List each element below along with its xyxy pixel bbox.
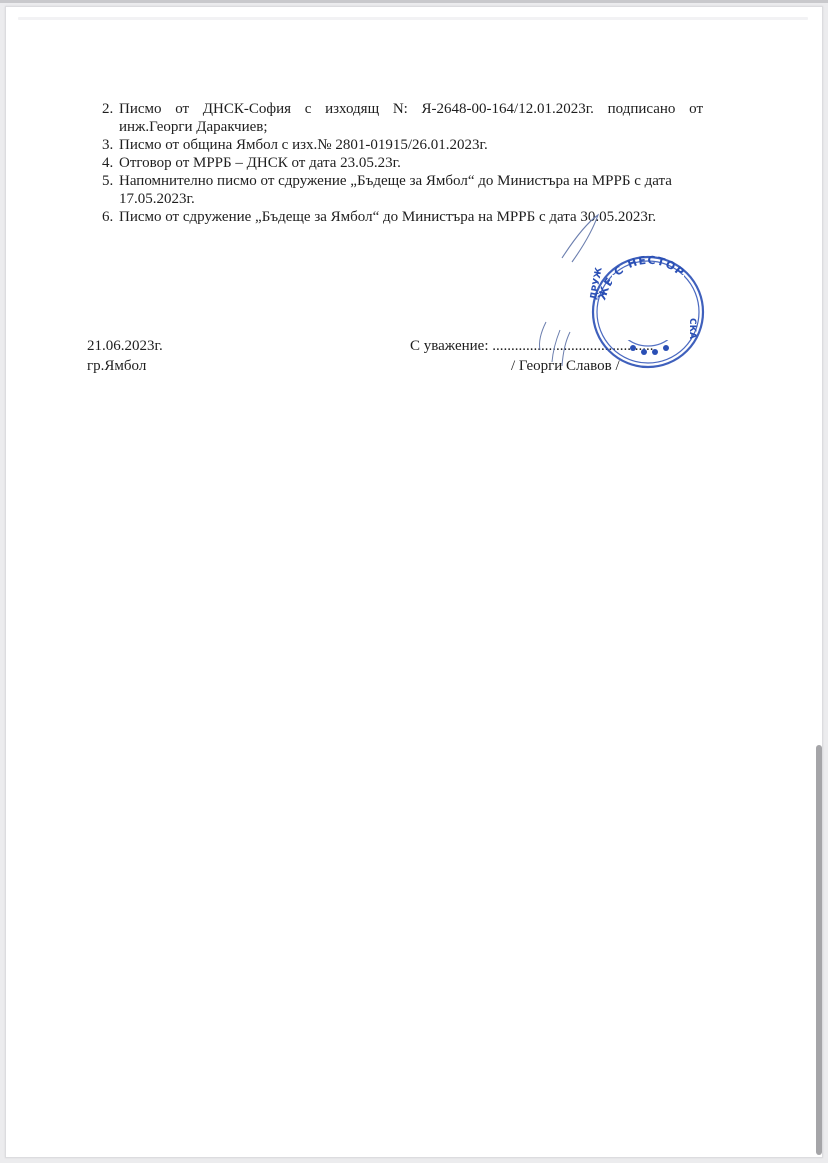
item-number: 2. [102,101,120,119]
letter-city: гр.Ямбол [87,358,146,375]
item-number: 5. [102,173,120,191]
item-text-line1: Напомнително писмо от сдружение „Бъдеще … [119,173,703,191]
redaction-box [612,275,684,340]
item-text-line1: Писмо от община Ямбол с изх.№ 2801-01915… [119,137,703,155]
item-text-line2: 17.05.2023г. [119,191,703,209]
item-text-line2: инж.Георги Даракчиев; [119,119,703,137]
item-number: 6. [102,209,120,227]
window-top-edge [0,0,828,3]
stamp-side-text: СКА [687,318,697,339]
letter-date: 21.06.2023г. [87,338,163,355]
item-number: 3. [102,137,120,155]
item-text-line1: Отговор от МРРБ – ДНСК от дата 23.05.23г… [119,155,703,173]
show-through-line [18,17,808,20]
item-text-line1: Писмо от ДНСК-София с изходящ N: Я-2648-… [119,101,703,119]
item-number: 4. [102,155,120,173]
vertical-scrollbar[interactable] [816,745,822,1155]
item-text-line1: Писмо от сдружение „Бъдеще за Ямбол“ до … [119,209,703,227]
